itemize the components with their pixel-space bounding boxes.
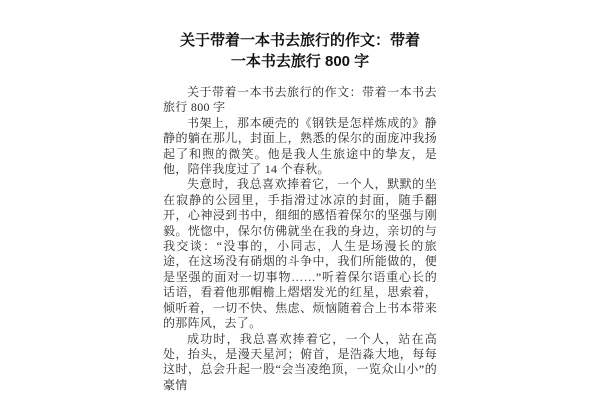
essay-title: 关于带着一本书去旅行的作文：带着 一本书去旅行 800 字	[130, 30, 470, 72]
essay-paragraph: 成功时，我总喜欢捧着它，一个人，站在高处，抬头，是漫天星河；俯首，是浩淼大地，每…	[163, 332, 437, 394]
essay-body: 关于带着一本书去旅行的作文：带着一本书去旅行 800 字 书架上，那本硬壳的《钢…	[163, 85, 437, 393]
document-page: 关于带着一本书去旅行的作文：带着 一本书去旅行 800 字 关于带着一本书去旅行…	[0, 0, 600, 400]
essay-title-line-2: 一本书去旅行 800 字	[130, 51, 470, 72]
essay-paragraph: 失意时，我总喜欢捧着它，一个人，默默的坐在寂静的公园里，手指滑过冰凉的封面，随手…	[163, 177, 437, 331]
essay-paragraph: 关于带着一本书去旅行的作文：带着一本书去旅行 800 字	[163, 85, 437, 116]
essay-title-line-1: 关于带着一本书去旅行的作文：带着	[130, 30, 470, 51]
essay-paragraph: 书架上，那本硬壳的《钢铁是怎样炼成的》静静的躺在那儿，封面上，熟悉的保尔的面庞冲…	[163, 116, 437, 178]
